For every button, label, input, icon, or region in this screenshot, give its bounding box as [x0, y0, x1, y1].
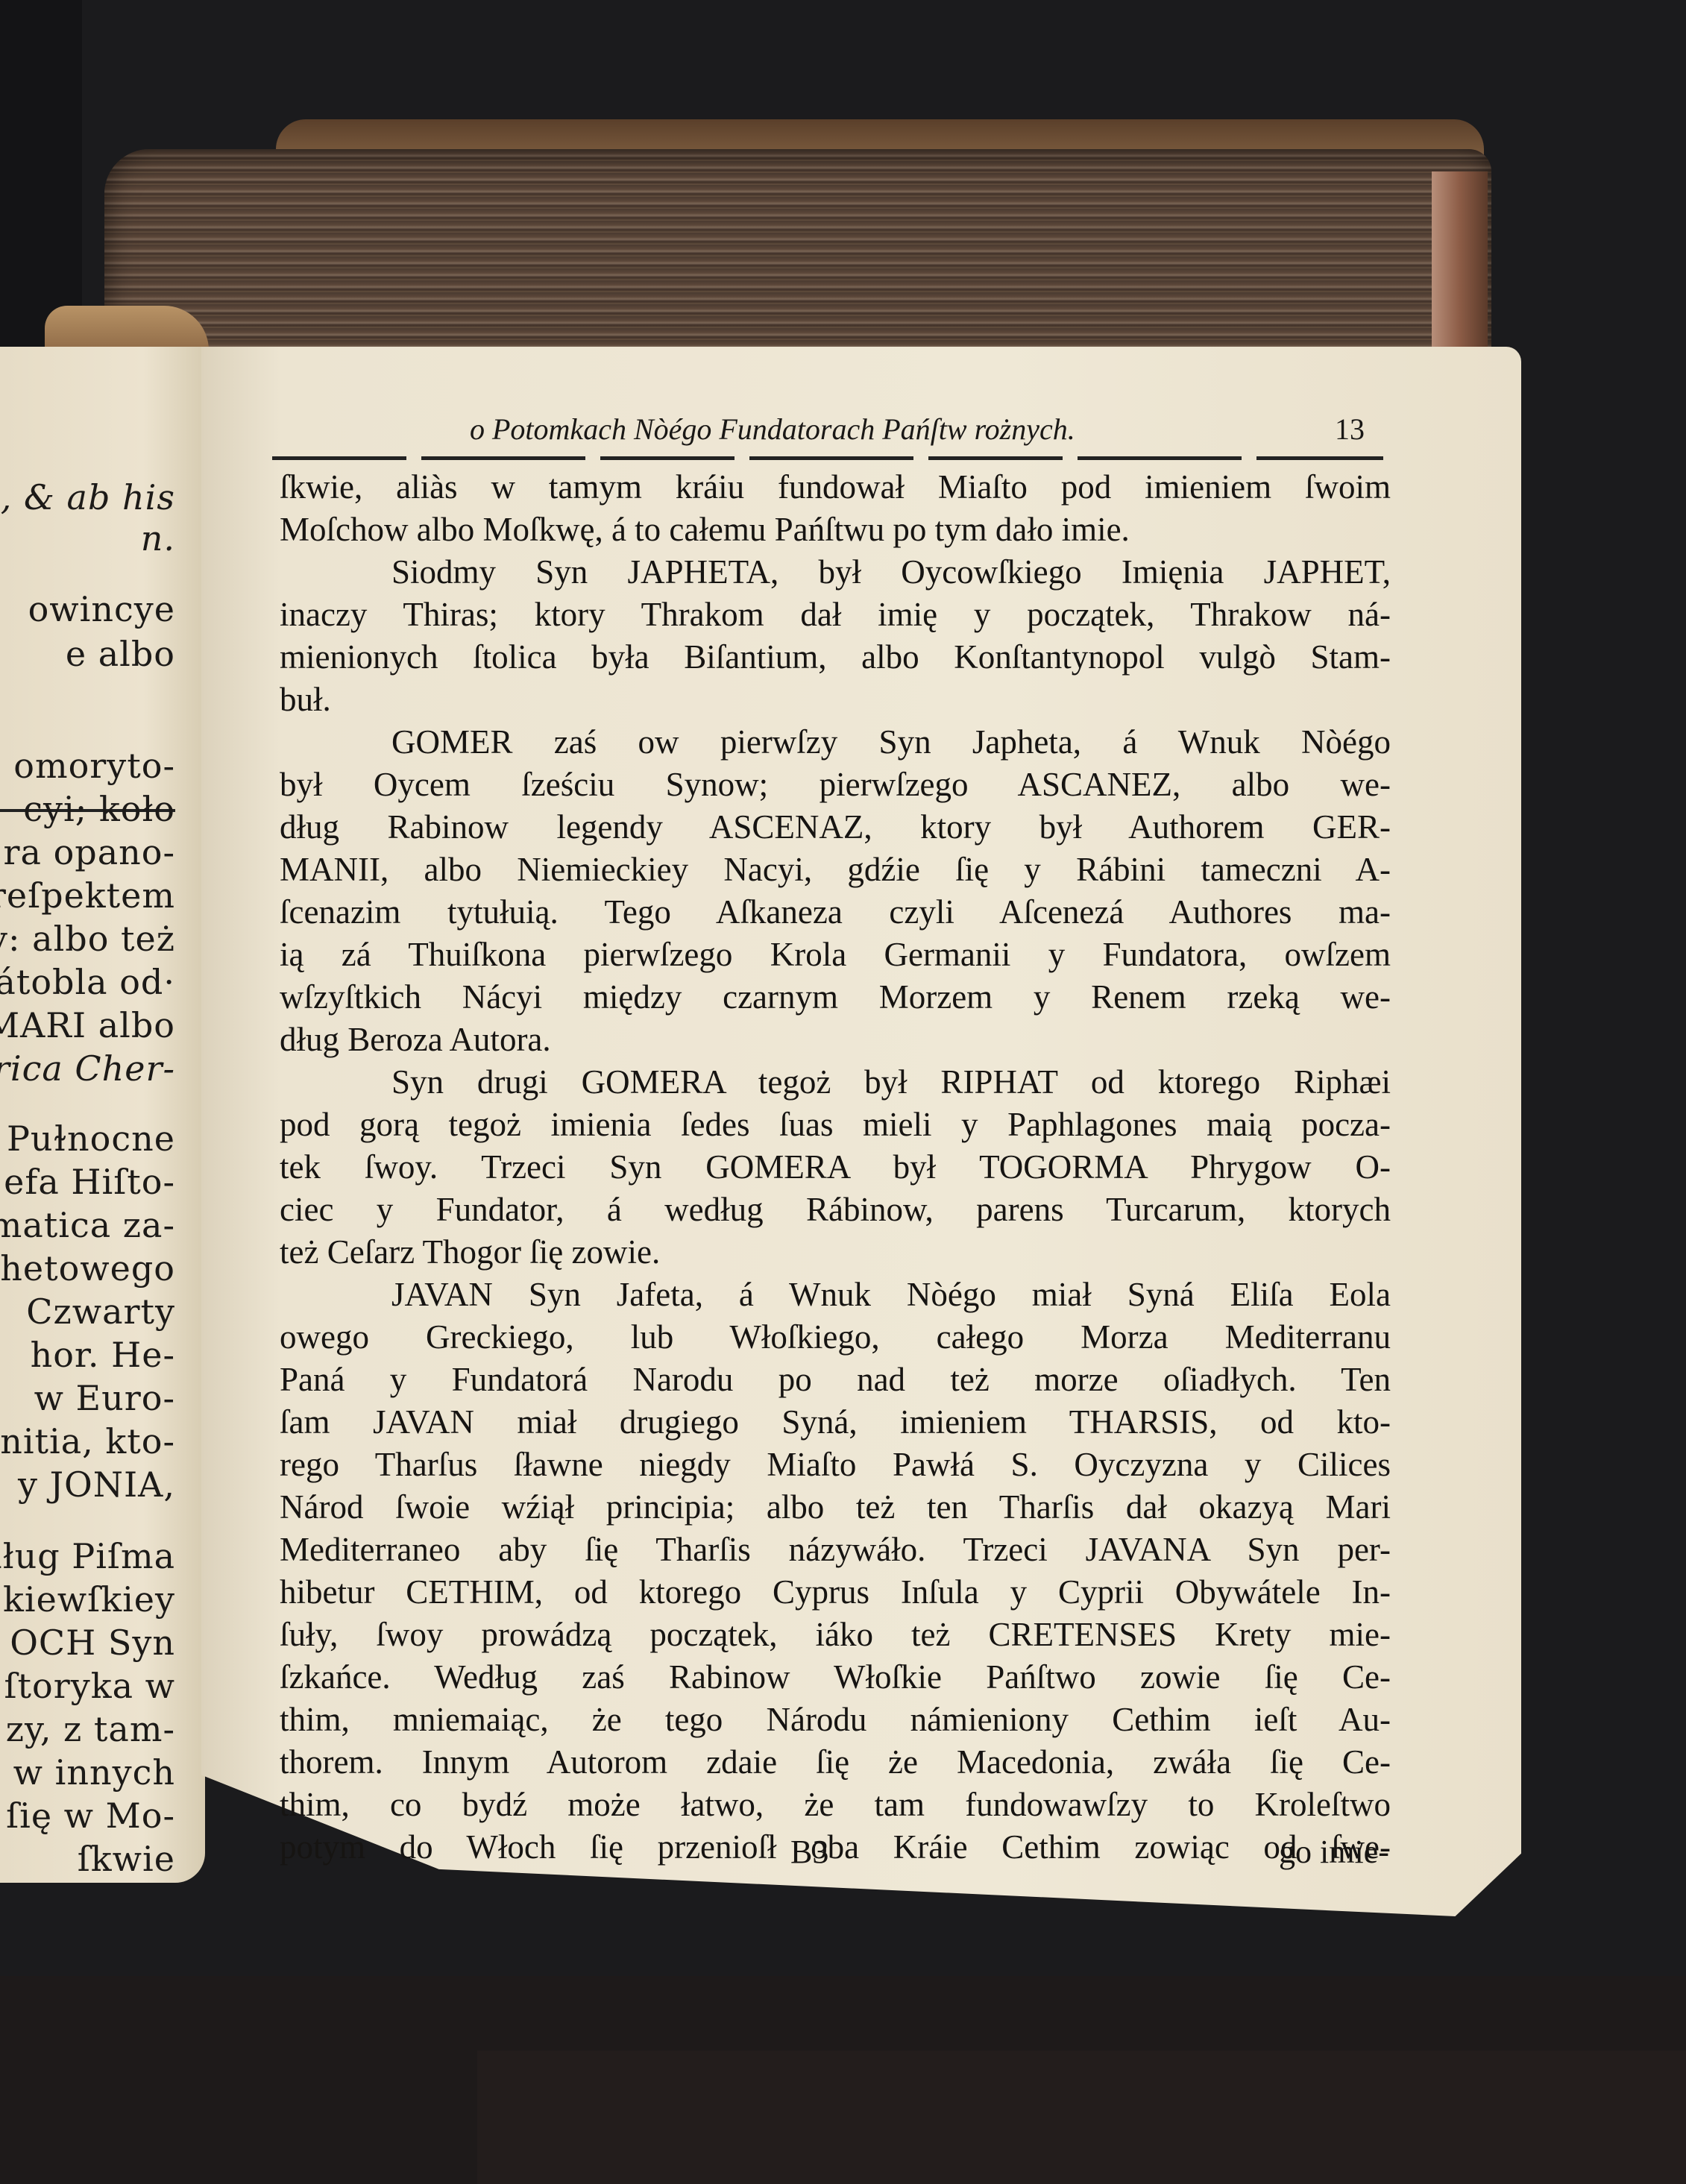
left-page-text-line: w innych: [13, 1752, 175, 1793]
left-page-text-line: é, & ab his: [0, 477, 175, 517]
left-page-text-line: Czwarty: [26, 1291, 175, 1332]
left-page-text-line: nitia, kto-: [0, 1421, 175, 1461]
text-line: Moſchow albo Moſkwę, á to całemu Pańſtwu…: [280, 509, 1391, 551]
left-page-text-line: Puɫnocne: [7, 1118, 175, 1159]
text-line: też Ceſarz Thogor ſię zowie.: [280, 1231, 1391, 1274]
text-line: hibetur CETHIM, od ktorego Cyprus Inſula…: [280, 1571, 1391, 1614]
text-line: ciec y Fundator, á według Rábinow, paren…: [280, 1189, 1391, 1231]
left-page-text-line: ſtoryka w: [4, 1666, 175, 1706]
left-page-text-line: urica Cher-: [0, 1048, 175, 1089]
text-line: tek ſwoy. Trzeci Syn GOMERA był TOGORMA …: [280, 1146, 1391, 1189]
text-line: Siodmy Syn JAPHETA, był Oycowſkiego Imię…: [280, 551, 1391, 594]
left-page-text-line: omoryto-: [13, 746, 175, 786]
text-line: pod gorą tegoż imienia ſedes ſuas mieli …: [280, 1104, 1391, 1146]
text-line: Mediterraneo aby ſię Tharſis názywáło. T…: [280, 1529, 1391, 1571]
left-page-text-line: reſpektem: [0, 875, 175, 916]
left-page-text-line: owincye: [28, 589, 175, 629]
left-page: é, & ab hisn.owincyee alboomoryto-cyi; k…: [0, 347, 205, 1883]
left-page-text-line: rmatica za-: [0, 1205, 175, 1245]
text-line: ſam JAVAN miał drugiego Syná, imieniem T…: [280, 1401, 1391, 1444]
text-line: potym do Włoch ſię przenioſł oba Kráie C…: [280, 1826, 1391, 1869]
body-text: ſkwie, aliàs w tamym kráiu fundował Miaſ…: [280, 466, 1391, 1869]
text-line: thim, co bydź może łatwo, że tam fundowa…: [280, 1784, 1391, 1826]
catchword: go imie-: [1279, 1833, 1389, 1871]
running-head: o Potomkach Nòégo Fundatorach Pańſtw roż…: [470, 412, 1075, 447]
text-line: JAVAN Syn Jafeta, á Wnuk Nòégo miał Syná…: [280, 1274, 1391, 1316]
header-rule: [272, 456, 1383, 460]
text-line: rego Tharſus ſławne niegdy Miaſto Pawłá …: [280, 1444, 1391, 1486]
text-line: thorem. Innym Autorom zdaie ſię że Maced…: [280, 1741, 1391, 1784]
text-line: wſzyſtkich Nácyi między czarnym Morzem y…: [280, 976, 1391, 1019]
left-page-text-line: n.: [141, 518, 175, 558]
left-page-text-line: MARI albo: [0, 1005, 175, 1045]
book-page-edges: [104, 149, 1491, 373]
left-page-text-line: efa Hiſto-: [4, 1162, 175, 1202]
text-line: ſzkańce. Według zaś Rabinow Włoſkie Pańſ…: [280, 1656, 1391, 1699]
text-line: ſcenazim tytułuią. Tego Aſkaneza czyli A…: [280, 891, 1391, 934]
text-line: thim, mniemaiąc, że tego Národu námienio…: [280, 1699, 1391, 1741]
left-page-text-line: w Euro-: [34, 1378, 175, 1418]
left-page-text-line: v: albo też: [0, 919, 175, 959]
left-page-text-line: hetowego: [0, 1248, 175, 1288]
text-line: buł.: [280, 679, 1391, 721]
text-line: ſkwie, aliàs w tamym kráiu fundował Miaſ…: [280, 466, 1391, 509]
left-page-text-line: ſkwie: [78, 1839, 175, 1879]
left-page-text-line: y JONIA,: [18, 1464, 175, 1505]
text-line: dług Rabinow legendy ASCENAZ, ktory był …: [280, 806, 1391, 849]
text-line: ią zá Thuiſkona pierwſzego Krola Germani…: [280, 934, 1391, 976]
left-page-text-line: hor. He-: [31, 1335, 175, 1375]
left-page-text-line: ſię w Mo-: [6, 1796, 175, 1836]
text-line: Národ ſwoie wźiął principia; albo też te…: [280, 1486, 1391, 1529]
text-line: ſuły, ſwoy prowádzą początek, iáko też C…: [280, 1614, 1391, 1656]
text-line: mienionych ſtolica była Biſantium, albo …: [280, 636, 1391, 679]
left-page-text-line: OCH Syn: [10, 1623, 175, 1663]
text-line: owego Greckiego, lub Włoſkiego, całego M…: [280, 1316, 1391, 1359]
left-page-text-line: e albo: [66, 634, 175, 674]
left-page-text-line: cyi; koło: [23, 789, 175, 829]
signature-mark: B3: [790, 1833, 828, 1871]
left-page-text-line: átobla od·: [0, 962, 175, 1002]
text-line: MANII, albo Niemieckiey Nacyi, gdźie ſię…: [280, 849, 1391, 891]
background-table-shadow: [477, 2051, 1686, 2184]
text-line: był Oycem ſześciu Synow; pierwſzego ASCA…: [280, 764, 1391, 806]
left-page-text-line: kiewſkiey: [3, 1579, 175, 1620]
left-page-text-line: ra opano-: [4, 832, 175, 872]
page-number: 13: [1335, 412, 1365, 447]
text-line: dług Beroza Autora.: [280, 1019, 1391, 1061]
text-line: inaczy Thiras; ktory Thrakom dał imię y …: [280, 594, 1391, 636]
left-page-text-line: dług Piſma: [0, 1536, 175, 1576]
text-line: Syn drugi GOMERA tegoż był RIPHAT od kto…: [280, 1061, 1391, 1104]
text-line: Paná y Fundatorá Narodu po nad też morze…: [280, 1359, 1391, 1401]
text-line: GOMER zaś ow pierwſzy Syn Japheta, á Wnu…: [280, 721, 1391, 764]
left-page-text-line: zy, z tam-: [6, 1709, 175, 1749]
